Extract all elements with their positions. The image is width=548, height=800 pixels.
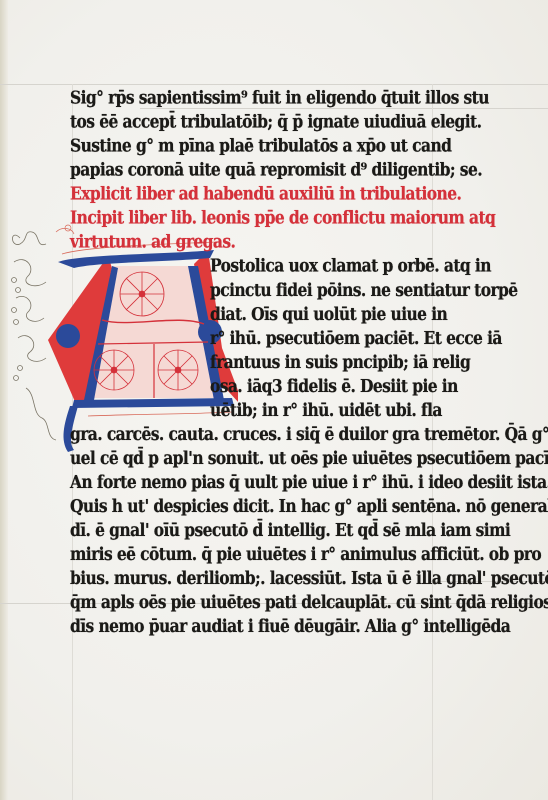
manuscript-page: Sig° rp̄s sapientissim⁹ fuit in eligendo… [0,0,548,800]
text-line: dīs nemo p̄uar audiat i fiuē dēugāir. Al… [70,612,430,640]
manuscript-text-block: Sig° rp̄s sapientissim⁹ fuit in eligendo… [70,86,430,638]
